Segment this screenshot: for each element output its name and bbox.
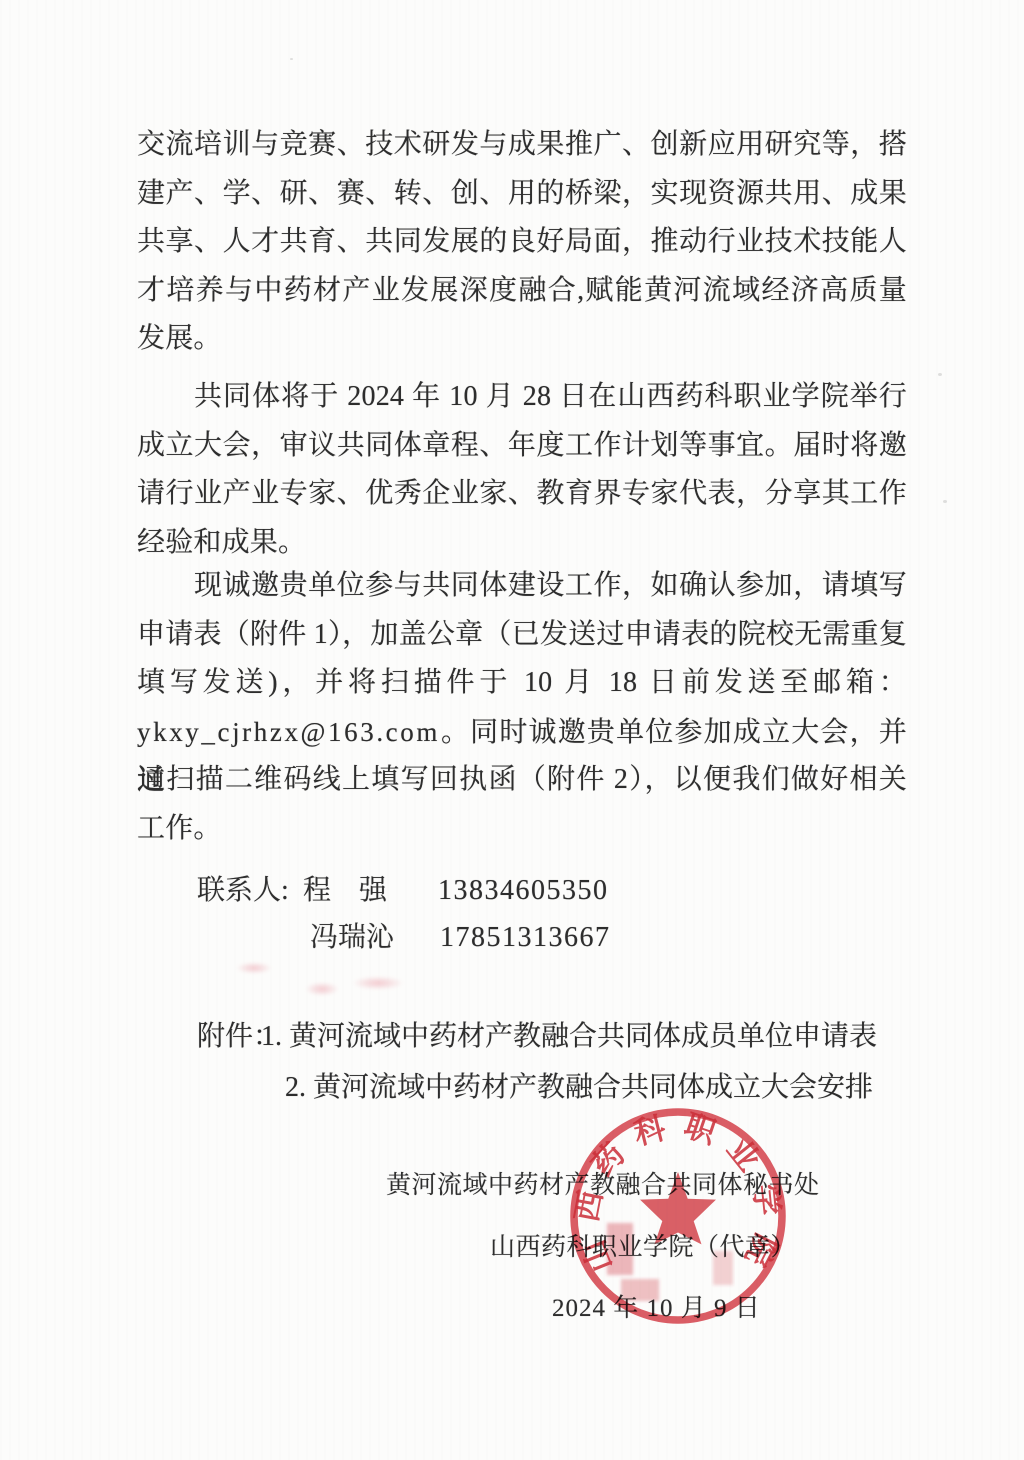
body-line: 建产、学、研、赛、转、创、用的桥梁，实现资源共用、成果 (137, 170, 907, 219)
body-line-email: ykxy_cjrhzx@163.com。同时诚邀贵单位参加成立大会，并通 (137, 708, 907, 757)
contact-name-2: 冯瑞沁 (310, 914, 394, 962)
paragraph-1: 交流培训与竞赛、技术研发与成果推广、创新应用研究等，搭 建产、学、研、赛、转、创… (137, 121, 907, 364)
seal-ink-mark (607, 1223, 633, 1275)
attachment-item-1: 1. 黄河流域中药材产教融合共同体成员单位申请表 (261, 1013, 877, 1061)
attachment-row-2: 2. 黄河流域中药材产教融合共同体成立大会安排 (0, 1064, 1024, 1112)
official-seal: 山西药科职业学院 0000000 (563, 1101, 793, 1331)
svg-text:0000000: 0000000 (563, 1101, 569, 1104)
contact-name-1: 程 强 (303, 867, 387, 915)
body-line: 申请表（附件 1），加盖公章（已发送过申请表的院校无需重复 (137, 611, 907, 660)
scan-speck (938, 373, 942, 376)
body-line: 发展。 (137, 315, 907, 364)
scan-speck (943, 500, 947, 503)
email-address: ykxy_cjrhzx@163.com (137, 717, 440, 747)
contact-phone-2: 17851313667 (440, 914, 611, 962)
body-line: 共享、人才共育、共同发展的良好局面，推动行业技术技能人 (137, 218, 907, 267)
seal-ink-mark (621, 1279, 659, 1301)
paragraph-2: 共同体将于 2024 年 10 月 28 日在山西药科职业学院举行 成立大会，审… (137, 373, 907, 567)
contact-phone-1: 13834605350 (438, 867, 609, 915)
ink-smudge (236, 962, 272, 974)
ink-smudge (352, 976, 404, 990)
body-line: 经验和成果。 (137, 519, 907, 568)
paragraph-3: 现诚邀贵单位参与共同体建设工作，如确认参加，请填写 申请表（附件 1），加盖公章… (137, 562, 907, 853)
contact-label: 联系人: (197, 867, 289, 915)
seal-ink-mark (713, 1251, 733, 1285)
attachment-row-1: 附件： 1. 黄河流域中药材产教融合共同体成员单位申请表 (0, 1013, 1024, 1061)
scanned-letter-page: 交流培训与竞赛、技术研发与成果推广、创新应用研究等，搭 建产、学、研、赛、转、创… (0, 0, 1024, 1460)
body-line: 交流培训与竞赛、技术研发与成果推广、创新应用研究等，搭 (137, 121, 907, 170)
body-line: 请行业产业专家、优秀企业家、教育界专家代表，分享其工作 (137, 470, 907, 519)
body-line: 共同体将于 2024 年 10 月 28 日在山西药科职业学院举行 (137, 373, 907, 422)
body-line: 过扫描二维码线上填写回执函（附件 2），以便我们做好相关 (137, 756, 907, 805)
seal-star-icon (640, 1172, 716, 1244)
body-line: 才培养与中药材产业发展深度融合,赋能黄河流域经济高质量 (137, 267, 907, 316)
body-line: 现诚邀贵单位参与共同体建设工作，如确认参加，请填写 (137, 562, 907, 611)
ink-smudge (305, 982, 339, 996)
contact-row-2: 冯瑞沁 17851313667 (0, 914, 1024, 962)
body-line: 工作。 (137, 805, 907, 854)
scan-speck (290, 58, 293, 60)
seal-serial: 0000000 (563, 1101, 569, 1104)
contact-row-1: 联系人: 程 强 13834605350 (0, 867, 1024, 915)
body-line: 填写发送)，并将扫描件于 10 月 18 日前发送至邮箱： (137, 659, 907, 708)
body-line: 成立大会，审议共同体章程、年度工作计划等事宜。届时将邀 (137, 422, 907, 471)
